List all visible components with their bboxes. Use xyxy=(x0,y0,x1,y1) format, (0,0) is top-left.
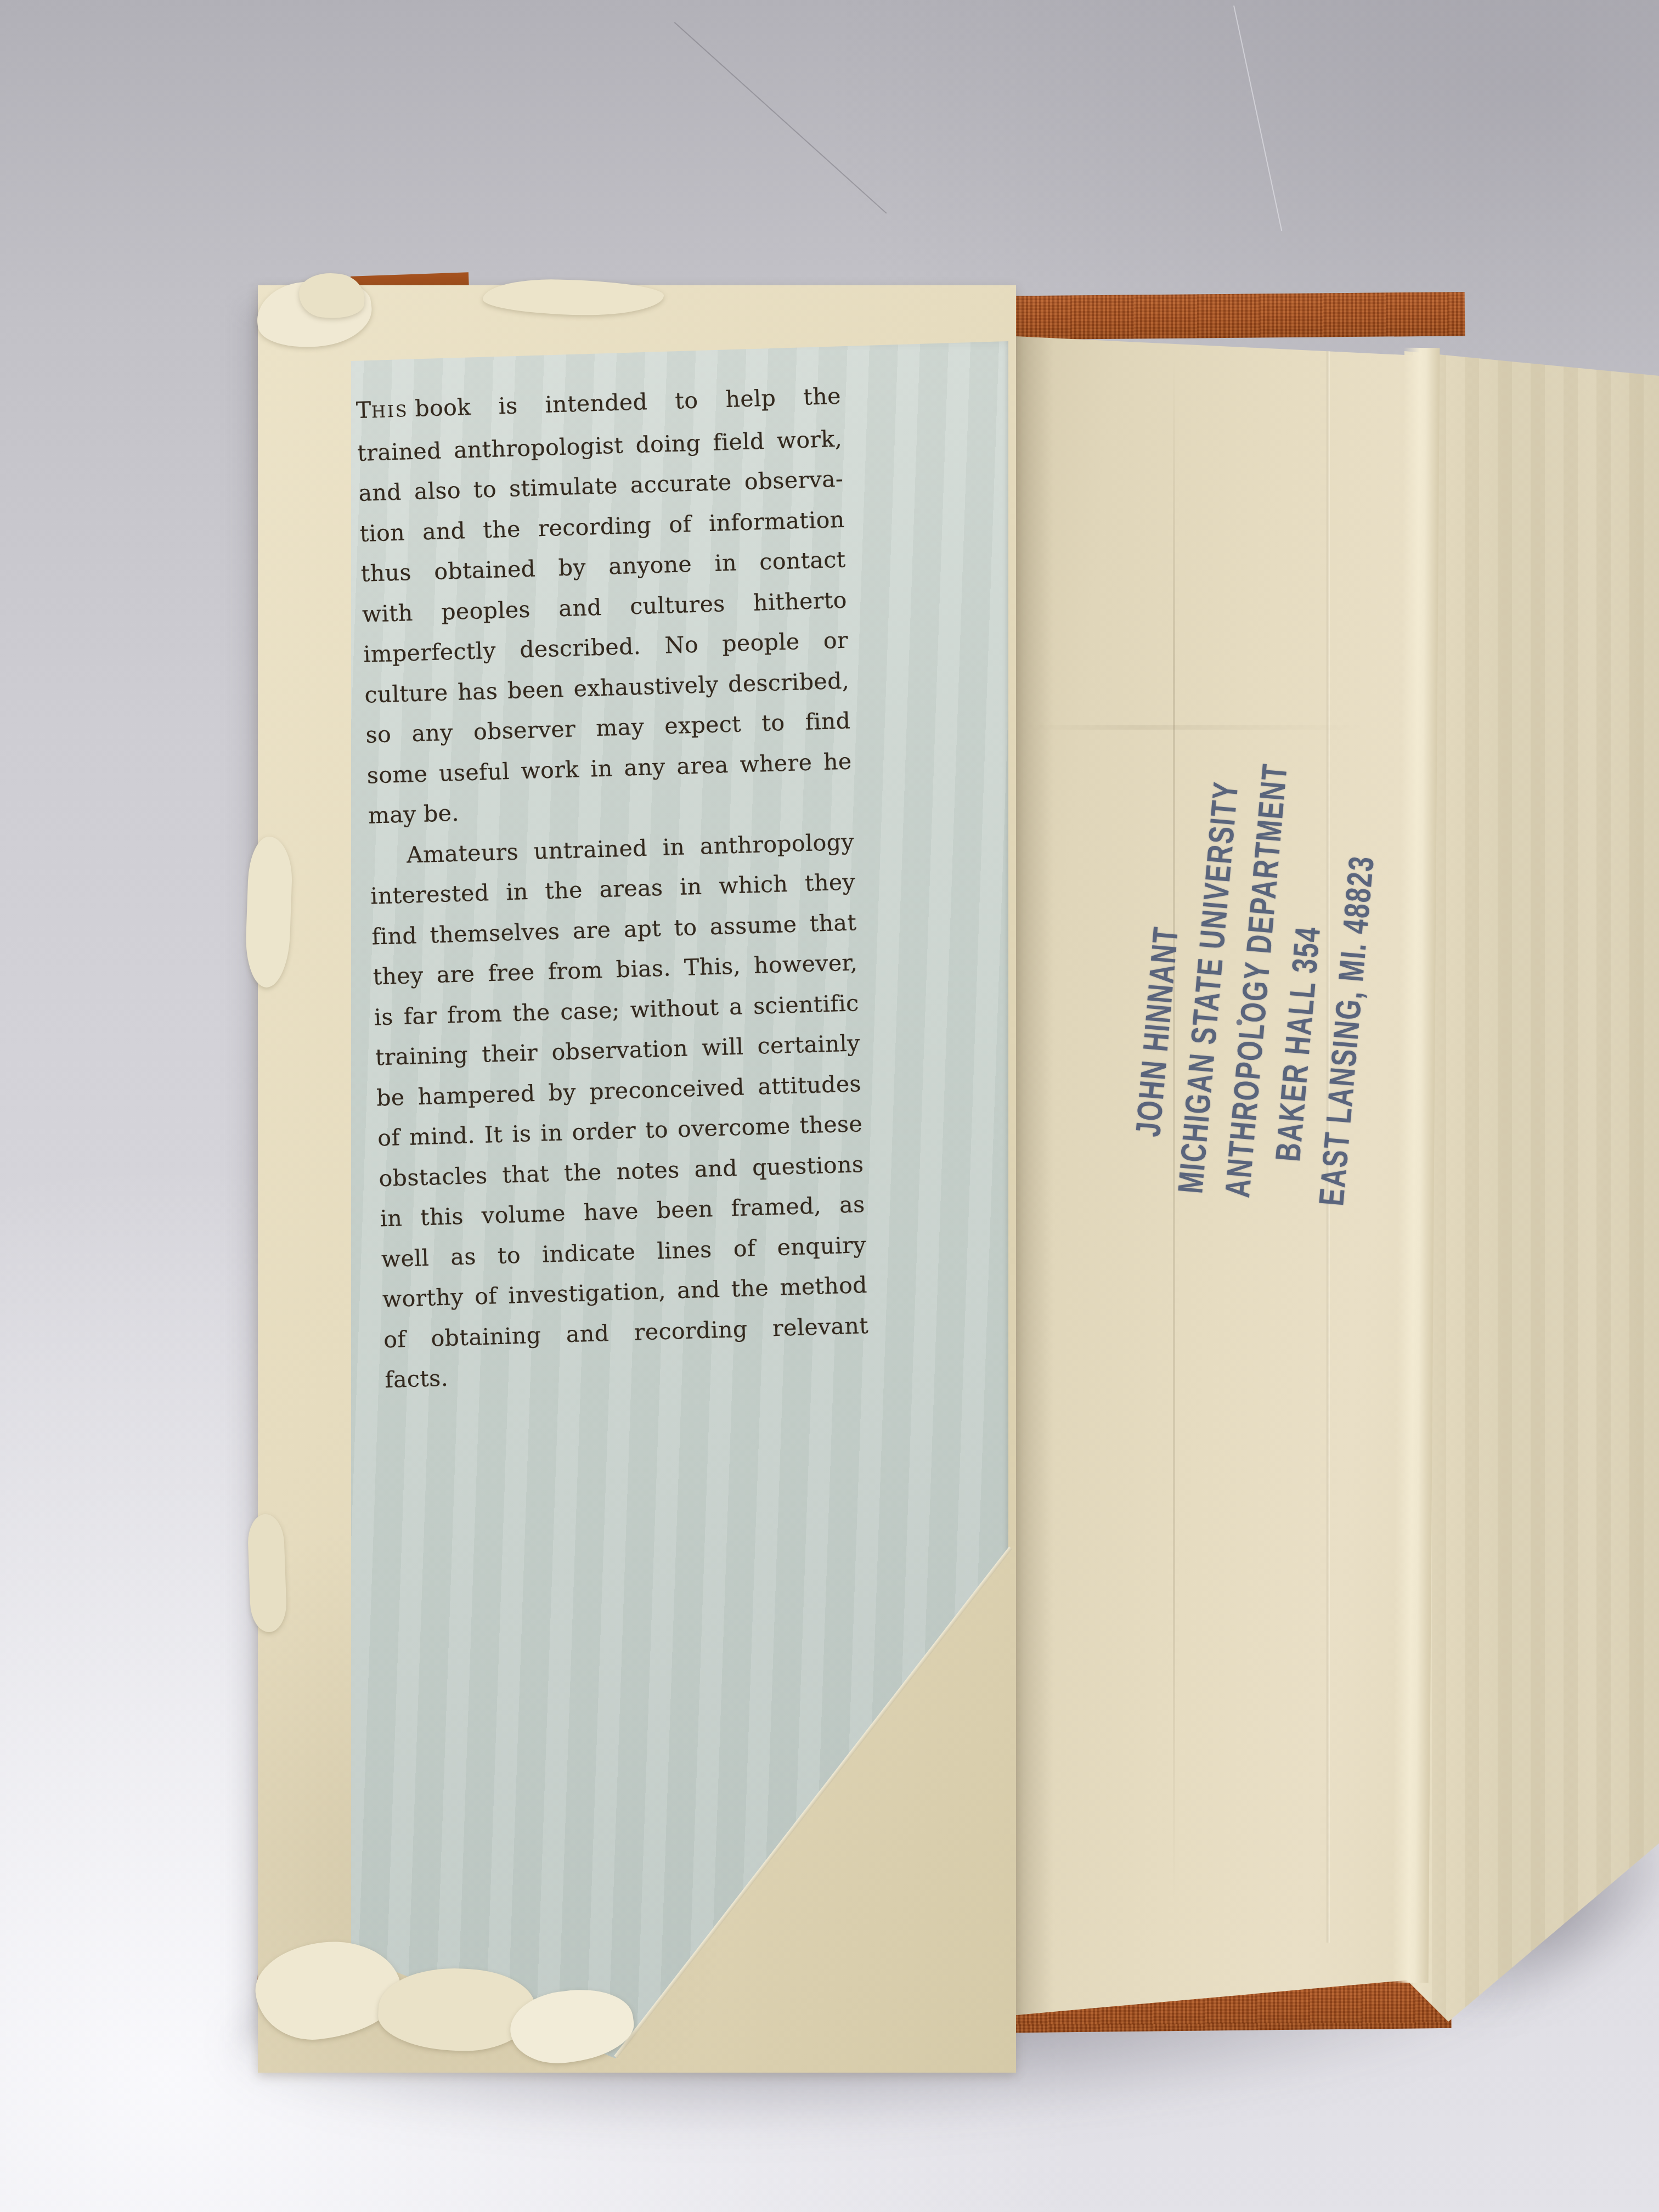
lead-rest: book is intended to help the xyxy=(415,383,842,422)
scratch-line xyxy=(1233,5,1282,231)
stamp-text: JOHN HINNANTMICHIGAN STATE UNIVERSITYANT… xyxy=(1120,872,1383,1207)
torn-jacket-edge xyxy=(247,1514,287,1633)
flap-paragraph-2: Amateurs untrained in anthropologyintere… xyxy=(369,822,870,1401)
lead-smallcaps: HIS xyxy=(371,402,409,422)
scratch-line xyxy=(674,22,887,213)
stamp-ink-dot: • xyxy=(1235,1011,1243,1035)
photo-scene: JOHN HINNANTMICHIGAN STATE UNIVERSITYANT… xyxy=(0,0,1659,2212)
page-crease xyxy=(1026,725,1404,730)
flap-paragraph-1: THISbook is intended to help the trained… xyxy=(356,376,854,836)
flap-blurb-text: THISbook is intended to help the trained… xyxy=(356,376,870,1401)
ownership-stamp: JOHN HINNANTMICHIGAN STATE UNIVERSITYANT… xyxy=(1115,816,1387,1263)
lead-capital: T xyxy=(356,397,371,424)
